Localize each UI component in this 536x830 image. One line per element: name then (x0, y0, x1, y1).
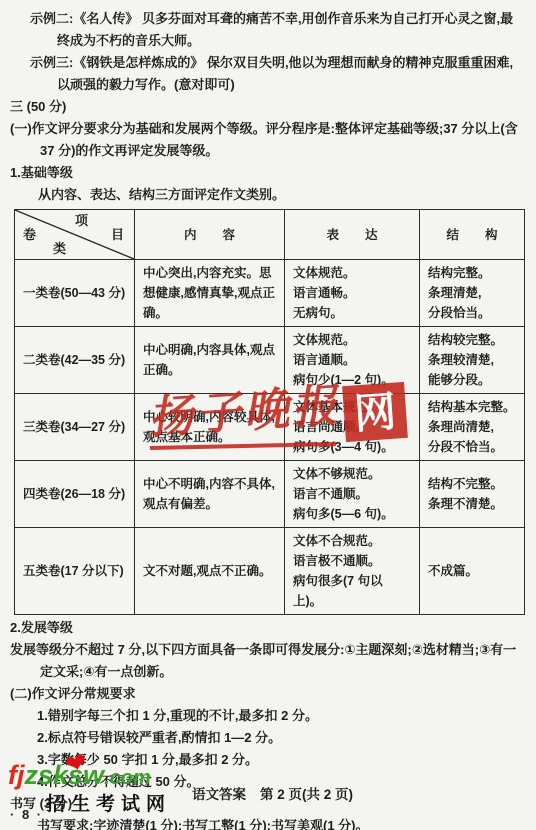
logo-prefix: fj (8, 760, 25, 790)
structure-cell: 结构较完整。 条理较清楚, 能够分段。 (420, 327, 525, 394)
header-content: 内容 (135, 210, 285, 260)
content-cell: 中心不明确,内容不具体,观点有偏差。 (135, 461, 285, 528)
logo-suffix: .com (104, 767, 151, 789)
content-cell: 中心明确,内容具体,观点正确。 (135, 327, 285, 394)
table-row: 四类卷(26—18 分) 中心不明确,内容不具体,观点有偏差。 文体不够规范。 … (15, 461, 525, 528)
grade-cell: 四类卷(26—18 分) (15, 461, 135, 528)
expression-cell: 文体基本规范。 语言尚通顺。 病句多(3—4 句)。 (285, 394, 420, 461)
doc-label: 语文答案 (192, 787, 246, 802)
structure-cell: 结构基本完整。 条理尚清楚, 分段不恰当。 (420, 394, 525, 461)
corner-label-item-1: 项 (75, 211, 88, 231)
logo-subtitle: 招生考试网 (46, 793, 198, 815)
expression-cell: 文体不合规范。 语言极不通顺。 病句很多(7 句以上)。 (285, 528, 420, 615)
expression-cell: 文体不够规范。 语言不通顺。 病句多(5—6 句)。 (285, 461, 420, 528)
grading-rubric-table: 项 目 卷 类 内容 表达 结构 一类卷(50—43 分) 中心突出,内容充实。… (14, 209, 525, 615)
header-structure: 结构 (420, 210, 525, 260)
table-header-row: 项 目 卷 类 内容 表达 结构 (15, 210, 525, 260)
example-3-line: 示例三:《钢铁是怎样炼成的》 保尔双目失明,他以为理想而献身的精神克服重重困难,… (10, 52, 526, 96)
footer-page-label: 语文答案第 2 页(共 2 页) (192, 784, 353, 806)
header-structure-label: 结构 (446, 228, 523, 242)
structure-cell: 不成篇。 (420, 528, 525, 615)
header-content-label: 内容 (184, 228, 261, 242)
content-cell: 中心突出,内容充实。思想健康,感情真挚,观点正确。 (135, 260, 285, 327)
corner-label-category-1: 卷 (23, 225, 36, 245)
structure-cell: 结构不完整。 条理不清楚。 (420, 461, 525, 528)
page-number: · 8 · (10, 804, 43, 826)
page-label: 第 2 页(共 2 页) (260, 787, 353, 802)
example-2-line: 示例二:《名人传》 贝多芬面对耳聋的痛苦不幸,用创作音乐来为自己打开心灵之窗,最… (10, 8, 526, 52)
header-expression-label: 表达 (326, 228, 403, 242)
logo-url: fjzsksw.com (8, 760, 198, 793)
logo-main: zsksw (25, 760, 105, 790)
header-expression: 表达 (285, 210, 420, 260)
table-row: 五类卷(17 分以下) 文不对题,观点不正确。 文体不合规范。 语言极不通顺。 … (15, 528, 525, 615)
part2-heading: (二)作文评分常规要求 (10, 683, 526, 705)
scoring-overview-paragraph: (一)作文评分要求分为基础和发展两个等级。评分程序是:整体评定基础等级;37 分… (10, 118, 526, 162)
content-cell: 文不对题,观点不正确。 (135, 528, 285, 615)
section-three-heading: 三 (50 分) (10, 96, 526, 118)
develop-grade-heading: 2.发展等级 (10, 617, 526, 639)
corner-label-category-2: 类 (53, 239, 66, 259)
structure-cell: 结构完整。 条理清楚, 分段恰当。 (420, 260, 525, 327)
grade-cell: 五类卷(17 分以下) (15, 528, 135, 615)
grade-cell: 三类卷(34—27 分) (15, 394, 135, 461)
expression-cell: 文体规范。 语言通畅。 无病句。 (285, 260, 420, 327)
rule-item-2: 2.标点符号错误较严重者,酌情扣 1—2 分。 (37, 727, 526, 749)
table-row: 一类卷(50—43 分) 中心突出,内容充实。思想健康,感情真挚,观点正确。 文… (15, 260, 525, 327)
grade-cell: 一类卷(50—43 分) (15, 260, 135, 327)
corner-cell: 项 目 卷 类 (15, 210, 135, 260)
rule-item-1: 1.错别字每三个扣 1 分,重现的不计,最多扣 2 分。 (37, 705, 526, 727)
table-row: 三类卷(34—27 分) 中心较明确,内容较具体,观点基本正确。 文体基本规范。… (15, 394, 525, 461)
grade-cell: 二类卷(42—35 分) (15, 327, 135, 394)
table-row: 二类卷(42—35 分) 中心明确,内容具体,观点正确。 文体规范。 语言通顺。… (15, 327, 525, 394)
content-cell: 中心较明确,内容较具体,观点基本正确。 (135, 394, 285, 461)
develop-grade-paragraph: 发展等级分不超过 7 分,以下四方面具备一条即可得发展分:①主题深刻;②选材精当… (10, 639, 526, 683)
document-page: 示例二:《名人传》 贝多芬面对耳聋的痛苦不幸,用创作音乐来为自己打开心灵之窗,最… (0, 0, 536, 830)
basic-grade-note: 从内容、表达、结构三方面评定作文类别。 (38, 184, 526, 206)
basic-grade-heading: 1.基础等级 (10, 162, 526, 184)
corner-label-item-2: 目 (111, 225, 124, 245)
expression-cell: 文体规范。 语言通顺。 病句少(1—2 句)。 (285, 327, 420, 394)
handwriting-requirements: 书写要求:字迹清楚(1 分);书写工整(1 分);书写美观(1 分)。 (37, 815, 526, 830)
